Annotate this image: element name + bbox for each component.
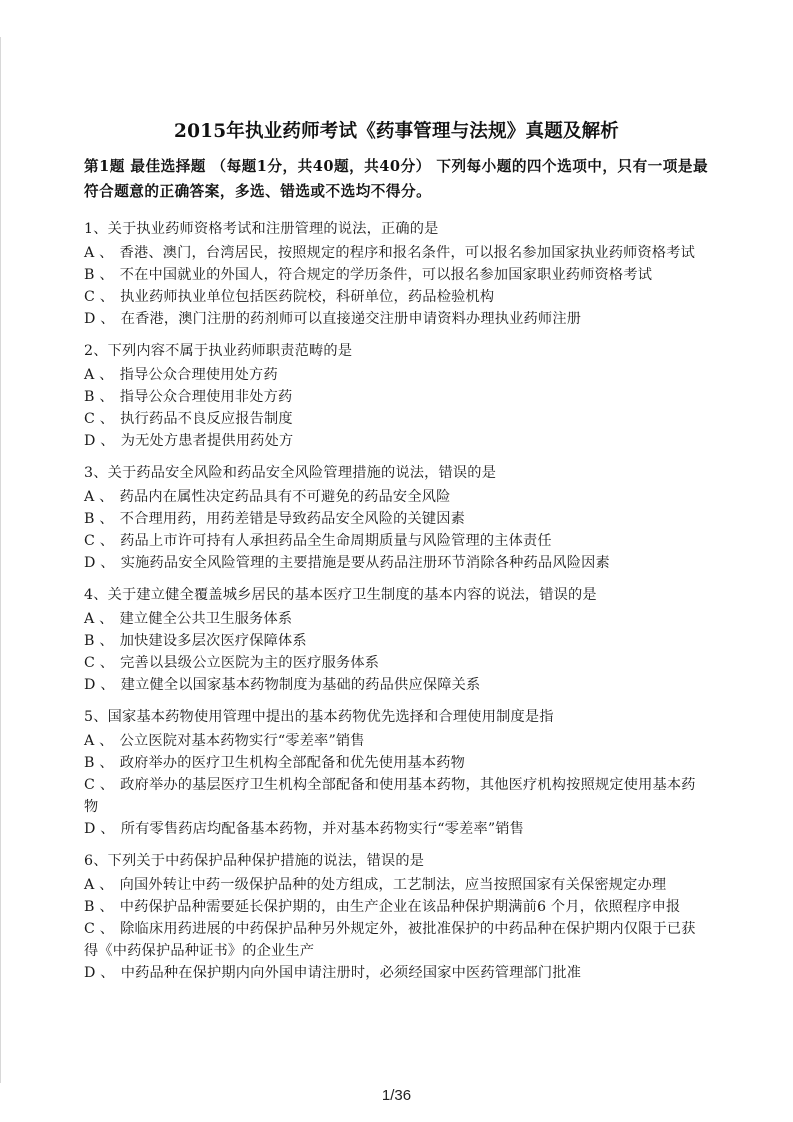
question-list: 1、关于执业药师资格考试和注册管理的说法，正确的是A 、香港、澳门，台湾居民，按… <box>84 218 709 984</box>
question-stem: 1、关于执业药师资格考试和注册管理的说法，正确的是 <box>84 218 709 240</box>
answer-option: A 、药品内在属性决定药品具有不可避免的药品安全风险 <box>84 486 709 508</box>
document-page: 2015年执业药师考试《药事管理与法规》真题及解析 第1题 最佳选择题 （每题1… <box>84 118 709 994</box>
option-letter: B <box>84 899 95 915</box>
option-letter: C <box>84 289 95 305</box>
option-text: 建立健全公共卫生服务体系 <box>120 611 293 627</box>
option-letter: B <box>84 389 95 405</box>
answer-option: C 、除临床用药进展的中药保护品种另外规定外，被批准保护的中药品种在保护期内仅限… <box>84 918 709 962</box>
answer-option: C 、执行药品不良反应报告制度 <box>84 408 709 430</box>
option-separator: 、 <box>95 921 114 937</box>
answer-option: D 、在香港，澳门注册的药剂师可以直接递交注册申请资料办理执业药师注册 <box>84 308 709 330</box>
answer-option: C 、完善以县级公立医院为主的医疗服务体系 <box>84 652 709 674</box>
answer-option: A 、向国外转让中药一级保护品种的处方组成，工艺制法，应当按照国家有关保密规定办… <box>84 874 709 896</box>
option-letter: C <box>84 655 95 671</box>
option-separator: 、 <box>95 389 114 405</box>
option-text: 中药保护品种需要延长保护期的，由生产企业在该品种保护期满前6 个月，依照程序申报 <box>120 899 681 915</box>
option-letter: D <box>84 433 96 449</box>
question-item: 1、关于执业药师资格考试和注册管理的说法，正确的是A 、香港、澳门，台湾居民，按… <box>84 218 709 330</box>
answer-option: B 、中药保护品种需要延长保护期的，由生产企业在该品种保护期满前6 个月，依照程… <box>84 896 709 918</box>
option-text: 香港、澳门，台湾居民，按照规定的程序和报名条件，可以报名参加国家执业药师资格考试 <box>120 245 696 261</box>
answer-option: D 、建立健全以国家基本药物制度为基础的药品供应保障关系 <box>84 674 709 696</box>
option-text: 建立健全以国家基本药物制度为基础的药品供应保障关系 <box>121 677 481 693</box>
option-letter: A <box>84 877 94 893</box>
question-stem: 6、下列关于中药保护品种保护措施的说法，错误的是 <box>84 850 709 872</box>
option-separator: 、 <box>95 411 114 427</box>
option-text: 执行药品不良反应报告制度 <box>120 411 293 427</box>
answer-option: B 、加快建设多层次医疗保障体系 <box>84 630 709 652</box>
question-item: 5、国家基本药物使用管理中提出的基本药物优先选择和合理使用制度是指A 、公立医院… <box>84 706 709 840</box>
option-letter: B <box>84 511 95 527</box>
page-number: 1/36 <box>0 1087 793 1104</box>
option-separator: 、 <box>94 733 113 749</box>
option-text: 药品上市许可持有人承担药品全生命周期质量与风险管理的主体责任 <box>120 533 552 549</box>
option-text: 公立医院对基本药物实行“零差率”销售 <box>120 733 365 749</box>
option-letter: C <box>84 533 95 549</box>
option-separator: 、 <box>96 821 115 837</box>
option-letter: D <box>84 965 96 981</box>
option-separator: 、 <box>96 311 115 327</box>
option-text: 为无处方患者提供用药处方 <box>121 433 294 449</box>
option-separator: 、 <box>95 533 114 549</box>
option-separator: 、 <box>95 899 114 915</box>
option-separator: 、 <box>95 655 114 671</box>
option-letter: D <box>84 311 96 327</box>
option-separator: 、 <box>94 611 113 627</box>
answer-option: C 、政府举办的基层医疗卫生机构全部配备和使用基本药物，其他医疗机构按照规定使用… <box>84 774 709 818</box>
answer-option: B 、指导公众合理使用非处方药 <box>84 386 709 408</box>
option-text: 除临床用药进展的中药保护品种另外规定外，被批准保护的中药品种在保护期内仅限于已获… <box>84 921 696 959</box>
answer-option: D 、所有零售药店均配备基本药物，并对基本药物实行“零差率”销售 <box>84 818 709 840</box>
option-letter: B <box>84 633 95 649</box>
option-separator: 、 <box>95 755 114 771</box>
answer-option: C 、执业药师执业单位包括医药院校，科研单位，药品检验机构 <box>84 286 709 308</box>
option-text: 执业药师执业单位包括医药院校，科研单位，药品检验机构 <box>120 289 494 305</box>
option-text: 指导公众合理使用非处方药 <box>120 389 293 405</box>
option-text: 向国外转让中药一级保护品种的处方组成，工艺制法，应当按照国家有关保密规定办理 <box>120 877 667 893</box>
option-letter: A <box>84 733 94 749</box>
option-separator: 、 <box>95 267 114 283</box>
option-separator: 、 <box>94 489 113 505</box>
answer-option: A 、建立健全公共卫生服务体系 <box>84 608 709 630</box>
option-separator: 、 <box>94 877 113 893</box>
answer-option: C 、药品上市许可持有人承担药品全生命周期质量与风险管理的主体责任 <box>84 530 709 552</box>
question-stem: 2、下列内容不属于执业药师职责范畴的是 <box>84 340 709 362</box>
option-text: 政府举办的基层医疗卫生机构全部配备和使用基本药物，其他医疗机构按照规定使用基本药… <box>84 777 696 815</box>
question-stem: 4、关于建立健全覆盖城乡居民的基本医疗卫生制度的基本内容的说法，错误的是 <box>84 584 709 606</box>
option-separator: 、 <box>94 245 113 261</box>
question-item: 2、下列内容不属于执业药师职责范畴的是A 、指导公众合理使用处方药B 、指导公众… <box>84 340 709 452</box>
option-separator: 、 <box>95 633 114 649</box>
option-letter: D <box>84 555 96 571</box>
option-separator: 、 <box>96 965 115 981</box>
answer-option: D 、实施药品安全风险管理的主要措施是要从药品注册环节消除各种药品风险因素 <box>84 552 709 574</box>
question-item: 4、关于建立健全覆盖城乡居民的基本医疗卫生制度的基本内容的说法，错误的是A 、建… <box>84 584 709 696</box>
page-edge-line <box>0 37 1 1083</box>
option-text: 在香港，澳门注册的药剂师可以直接递交注册申请资料办理执业药师注册 <box>121 311 581 327</box>
answer-option: B 、政府举办的医疗卫生机构全部配备和优先使用基本药物 <box>84 752 709 774</box>
option-text: 中药品种在保护期内向外国申请注册时，必须经国家中医药管理部门批准 <box>121 965 581 981</box>
answer-option: D 、中药品种在保护期内向外国申请注册时，必须经国家中医药管理部门批准 <box>84 962 709 984</box>
option-text: 药品内在属性决定药品具有不可避免的药品安全风险 <box>120 489 451 505</box>
option-letter: A <box>84 611 94 627</box>
option-letter: D <box>84 821 96 837</box>
option-letter: A <box>84 367 94 383</box>
section-instructions: 第1题 最佳选择题 （每题1分，共40题，共40分） 下列每小题的四个选项中，只… <box>84 154 709 204</box>
answer-option: D 、为无处方患者提供用药处方 <box>84 430 709 452</box>
option-separator: 、 <box>95 289 114 305</box>
option-text: 政府举办的医疗卫生机构全部配备和优先使用基本药物 <box>120 755 465 771</box>
option-letter: B <box>84 267 95 283</box>
question-item: 3、关于药品安全风险和药品安全风险管理措施的说法，错误的是A 、药品内在属性决定… <box>84 462 709 574</box>
answer-option: A 、香港、澳门，台湾居民，按照规定的程序和报名条件，可以报名参加国家执业药师资… <box>84 242 709 264</box>
option-letter: C <box>84 411 95 427</box>
option-letter: D <box>84 677 96 693</box>
option-separator: 、 <box>95 511 114 527</box>
option-separator: 、 <box>96 555 115 571</box>
option-text: 所有零售药店均配备基本药物，并对基本药物实行“零差率”销售 <box>121 821 524 837</box>
option-separator: 、 <box>96 677 115 693</box>
document-title: 2015年执业药师考试《药事管理与法规》真题及解析 <box>84 118 709 146</box>
option-letter: A <box>84 489 94 505</box>
option-text: 实施药品安全风险管理的主要措施是要从药品注册环节消除各种药品风险因素 <box>121 555 610 571</box>
option-letter: B <box>84 755 95 771</box>
option-text: 指导公众合理使用处方药 <box>120 367 278 383</box>
answer-option: B 、不合理用药，用药差错是导致药品安全风险的关键因素 <box>84 508 709 530</box>
option-separator: 、 <box>95 777 114 793</box>
option-text: 不合理用药，用药差错是导致药品安全风险的关键因素 <box>120 511 465 527</box>
option-text: 不在中国就业的外国人，符合规定的学历条件，可以报名参加国家职业药师资格考试 <box>120 267 652 283</box>
option-separator: 、 <box>94 367 113 383</box>
option-text: 完善以县级公立医院为主的医疗服务体系 <box>120 655 379 671</box>
option-letter: C <box>84 921 95 937</box>
option-separator: 、 <box>96 433 115 449</box>
question-stem: 3、关于药品安全风险和药品安全风险管理措施的说法，错误的是 <box>84 462 709 484</box>
answer-option: B 、不在中国就业的外国人，符合规定的学历条件，可以报名参加国家职业药师资格考试 <box>84 264 709 286</box>
option-text: 加快建设多层次医疗保障体系 <box>120 633 307 649</box>
option-letter: A <box>84 245 94 261</box>
question-stem: 5、国家基本药物使用管理中提出的基本药物优先选择和合理使用制度是指 <box>84 706 709 728</box>
answer-option: A 、公立医院对基本药物实行“零差率”销售 <box>84 730 709 752</box>
answer-option: A 、指导公众合理使用处方药 <box>84 364 709 386</box>
question-item: 6、下列关于中药保护品种保护措施的说法，错误的是A 、向国外转让中药一级保护品种… <box>84 850 709 984</box>
option-letter: C <box>84 777 95 793</box>
